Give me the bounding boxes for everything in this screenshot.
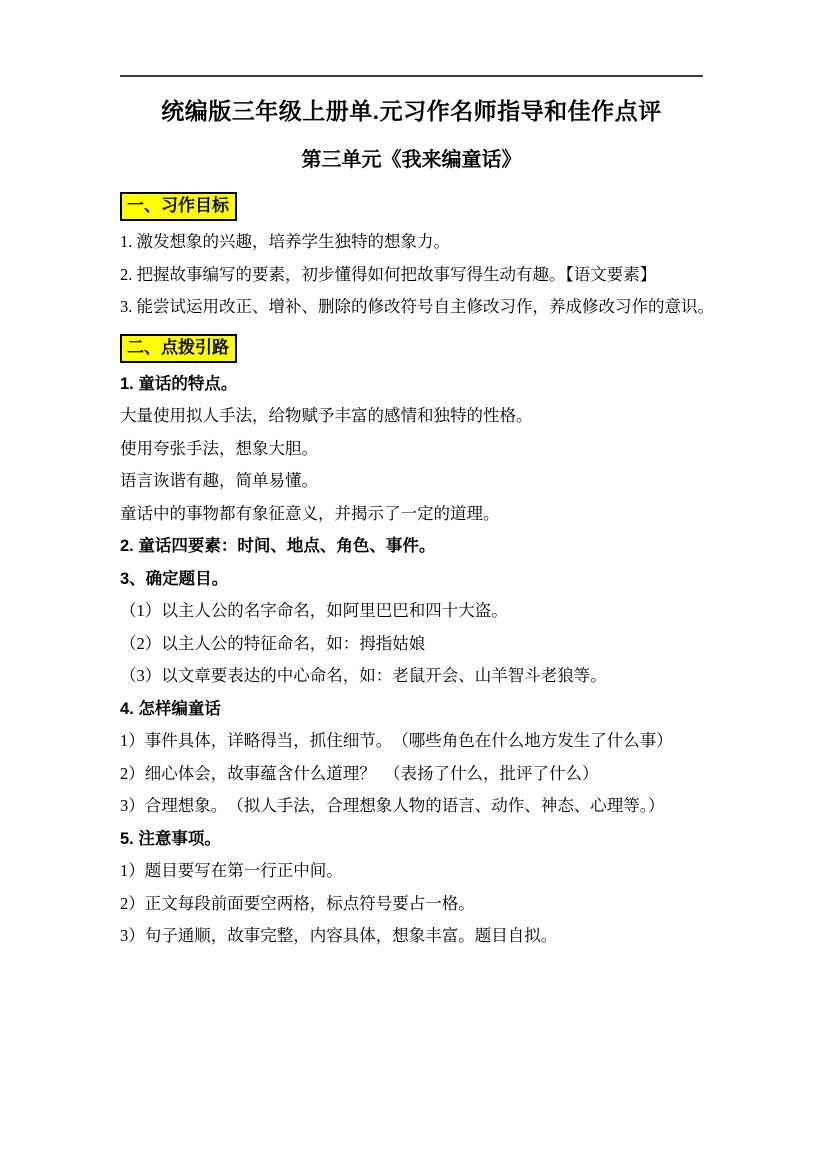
- paragraph: 2）正文每段前面要空两格，标点符号要占一格。: [120, 893, 703, 915]
- section-goals: 一、习作目标 1. 激发想象的兴趣，培养学生独特的想象力。 2. 把握故事编写的…: [120, 175, 703, 318]
- paragraph: （2）以主人公的特征命名，如：拇指姑娘: [120, 633, 703, 655]
- page-content: 统编版三年级上册单.元习作名师指导和佳作点评 第三单元《我来编童话》 一、习作目…: [0, 75, 827, 947]
- section-goals-body: 1. 激发想象的兴趣，培养学生独特的想象力。 2. 把握故事编写的要素，初步懂得…: [120, 231, 703, 318]
- paragraph: 使用夸张手法，想象大胆。: [120, 438, 703, 460]
- section-heading-guidance: 二、点拨引路: [120, 334, 237, 363]
- paragraph: 1）事件具体，详略得当，抓住细节。 （哪些角色在什么地方发生了什么事）: [120, 730, 703, 752]
- header-rule: [120, 75, 703, 77]
- sub-heading: 2. 童话四要素：时间、地点、角色、事件。: [120, 535, 703, 557]
- paragraph: （3）以文章要表达的中心命名，如：老鼠开会、山羊智斗老狼等。: [120, 665, 703, 687]
- paragraph: 大量使用拟人手法，给物赋予丰富的感情和独特的性格。: [120, 405, 703, 427]
- paragraph: 3）句子通顺，故事完整，内容具体，想象丰富。题目自拟。: [120, 925, 703, 947]
- sub-heading: 3、确定题目。: [120, 568, 703, 590]
- paragraph: 3. 能尝试运用改正、增补、删除的修改符号自主修改习作，养成修改习作的意识。: [120, 296, 703, 318]
- sub-heading: 4. 怎样编童话: [120, 698, 703, 720]
- sub-heading: 1. 童话的特点。: [120, 373, 703, 395]
- paragraph: 语言诙谐有趣，简单易懂。: [120, 470, 703, 492]
- paragraph: 2）细心体会，故事蕴含什么道理？ （表扬了什么，批评了什么）: [120, 763, 703, 785]
- paragraph: 3）合理想象。 （拟人手法，合理想象人物的语言、动作、神态、心理等。）: [120, 795, 703, 817]
- paragraph: 1. 激发想象的兴趣，培养学生独特的想象力。: [120, 231, 703, 253]
- paragraph: 1）题目要写在第一行正中间。: [120, 860, 703, 882]
- section-guidance: 二、点拨引路 1. 童话的特点。 大量使用拟人手法，给物赋予丰富的感情和独特的性…: [120, 329, 703, 948]
- paragraph: 2. 把握故事编写的要素，初步懂得如何把故事写得生动有趣。【语文要素】: [120, 264, 703, 286]
- section-guidance-body: 1. 童话的特点。 大量使用拟人手法，给物赋予丰富的感情和独特的性格。 使用夸张…: [120, 373, 703, 948]
- paragraph: （1）以主人公的名字命名，如阿里巴巴和四十大盗。: [120, 600, 703, 622]
- paragraph: 童话中的事物都有象征意义，并揭示了一定的道理。: [120, 503, 703, 525]
- document-title: 统编版三年级上册单.元习作名师指导和佳作点评: [120, 95, 703, 127]
- section-heading-goals: 一、习作目标: [120, 192, 237, 221]
- document-subtitle: 第三单元《我来编童话》: [120, 145, 703, 175]
- sub-heading: 5. 注意事项。: [120, 828, 703, 850]
- document-page: 统编版三年级上册单.元习作名师指导和佳作点评 第三单元《我来编童话》 一、习作目…: [0, 0, 827, 1169]
